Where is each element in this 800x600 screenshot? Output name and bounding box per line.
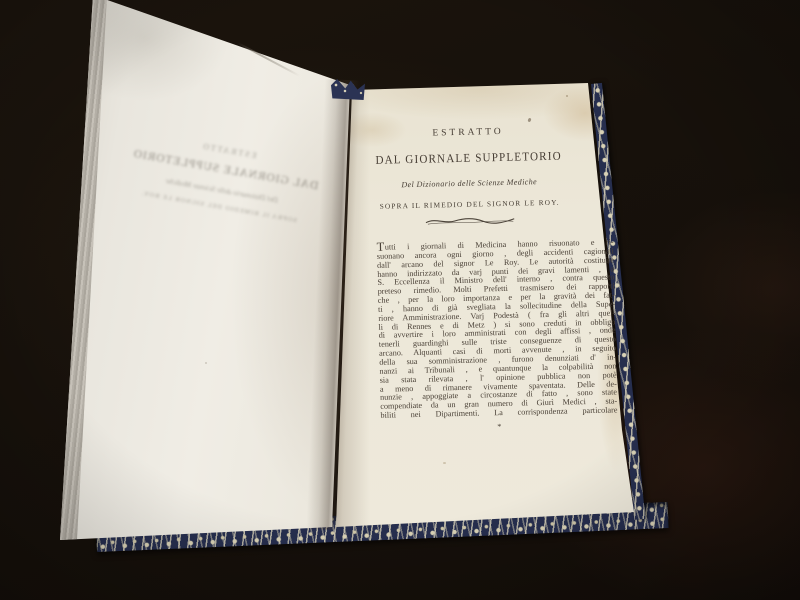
title-block: ESTRATTO DAL GIORNALE SUPPLETORIO Del Di… [358,125,580,228]
page-content: ESTRATTO DAL GIORNALE SUPPLETORIO Del Di… [368,124,613,227]
foxing-speck [443,462,446,464]
foxing-speck [205,362,207,364]
journal-subtitle: Del Dizionario delle Scienze Mediche [359,176,579,190]
foxing-speck [566,95,568,97]
body-text: Tutti i giornali di Medicina hanno risuo… [377,238,618,420]
journal-title: DAL GIORNALE SUPPLETORIO [367,148,570,168]
table-surface: ESTRATTO DAL GIORNALE SUPPLETORIO Del Di… [0,0,800,600]
subject-line: SOPRA IL RIMEDIO DEL SIGNOR LE ROY. [360,197,580,211]
